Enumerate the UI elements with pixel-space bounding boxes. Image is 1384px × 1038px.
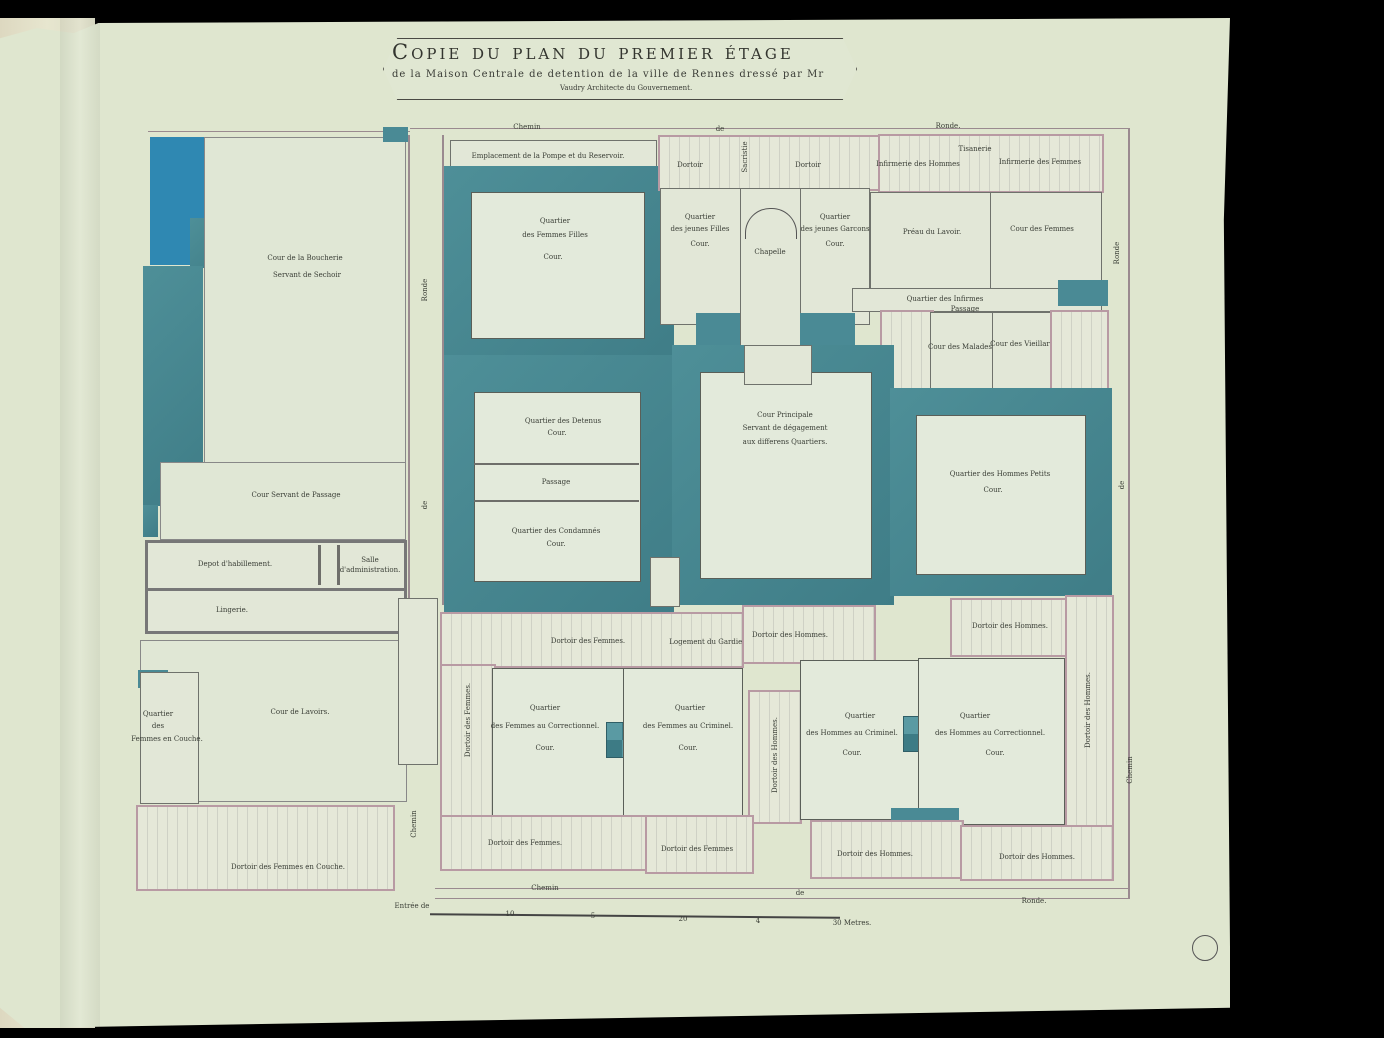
- scale-tick: 20: [679, 915, 688, 923]
- wall: [337, 545, 340, 585]
- wall: [474, 463, 639, 465]
- room-label: Quartier des Hommes Petits: [950, 470, 1051, 478]
- scale-tick: 10: [506, 910, 515, 918]
- chapel-vestibule: [744, 345, 812, 385]
- room-label: Sacristie: [741, 141, 749, 172]
- roof-corner: [383, 127, 408, 142]
- roof-wing: [143, 505, 158, 537]
- scale-tick: 5: [591, 912, 595, 920]
- plan-title: Copie du plan du premier étage: [392, 40, 794, 64]
- room-label: Servant de Sechoir: [273, 271, 341, 279]
- road-label: de: [421, 501, 429, 510]
- room-label: Cour.: [986, 749, 1005, 757]
- courtyard-boucherie: [204, 137, 406, 464]
- courtyard-preau: [870, 192, 992, 289]
- room-label: Quartier des Condamnés: [512, 527, 601, 535]
- room-label: des Femmes Filles: [522, 231, 588, 239]
- room-label: Quartier: [685, 213, 715, 221]
- room-label: Quartier des Detenus: [525, 417, 601, 425]
- room-label: Cour Servant de Passage: [251, 491, 340, 499]
- room-lingerie: [145, 588, 407, 634]
- room-label: des Hommes au Correctionnel.: [935, 729, 1045, 737]
- room-label: des Femmes au Criminel.: [643, 722, 733, 730]
- stair-tower: [650, 557, 680, 607]
- room-label: d'administration.: [340, 566, 401, 574]
- courtyard-hommes-correctionnel: [918, 658, 1065, 825]
- room-label: Dortoir des Hommes.: [972, 622, 1048, 630]
- room-label: Dortoir: [677, 161, 703, 169]
- room-label: des jeunes Garcons: [800, 225, 869, 233]
- room-label: Cour Principale: [757, 411, 813, 419]
- room-label: Dortoir des Femmes en Couche.: [231, 863, 345, 871]
- room-label: Depot d'habillement.: [198, 560, 272, 568]
- road-label: de: [796, 889, 805, 897]
- courtyard-femmes-correctionnel: [492, 668, 624, 818]
- room-label: Cour.: [544, 253, 563, 261]
- room-label: Cour des Vieillards: [990, 340, 1058, 348]
- room-label: Salle: [361, 556, 379, 564]
- room-label: Infirmerie des Femmes: [999, 158, 1081, 166]
- courtyard-malades: [930, 312, 994, 390]
- room-label: Cour.: [984, 486, 1003, 494]
- wall: [474, 500, 639, 502]
- room-label: Chapelle: [754, 248, 785, 256]
- room-label: Dortoir des Femmes: [661, 845, 733, 853]
- courtyard-filles: [471, 192, 645, 339]
- courtyard-principale: [700, 372, 872, 579]
- room-label: Cour de Lavoirs.: [271, 708, 330, 716]
- room-label: Quartier: [960, 712, 990, 720]
- road-label: Ronde.: [1022, 897, 1047, 905]
- room-label: Cour.: [826, 240, 845, 248]
- room-label: Quartier: [820, 213, 850, 221]
- room-label: Lingerie.: [216, 606, 248, 614]
- road-label: de: [716, 125, 725, 133]
- room-label: aux differens Quartiers.: [743, 438, 828, 446]
- room-label: Infirmerie des Hommes: [876, 160, 960, 168]
- room-label: Dortoir des Hommes.: [999, 853, 1075, 861]
- road-label: Ronde.: [936, 122, 961, 130]
- plan-author: Vaudry Architecte du Gouvernement.: [560, 84, 692, 92]
- room-label: Logement du Gardien: [669, 638, 747, 646]
- road-label: Ronde: [1113, 242, 1121, 265]
- room-label: Cour de la Boucherie: [267, 254, 342, 262]
- scale-label: 30 Metres.: [833, 919, 872, 927]
- room-label: Quartier: [143, 710, 173, 718]
- room-label: Cour.: [691, 240, 710, 248]
- courtyard-hommes-petits: [916, 415, 1086, 575]
- paper-crease: [60, 18, 100, 1028]
- wing-dortoir-couche: [136, 805, 395, 891]
- room-label: Dortoir des Hommes.: [837, 850, 913, 858]
- room-label: Cour des Femmes: [1010, 225, 1074, 233]
- room-label: Quartier: [675, 704, 705, 712]
- road-label: Chemin: [531, 884, 558, 892]
- courtyard-passage: [160, 462, 406, 540]
- room-label: Dortoir des Femmes.: [488, 839, 562, 847]
- room-label: Préau du Lavoir.: [903, 228, 961, 236]
- wing-stair: [1050, 310, 1109, 392]
- gatehouse: [398, 598, 438, 765]
- room-label: des Hommes au Criminel.: [806, 729, 898, 737]
- room-label: des jeunes Filles: [670, 225, 729, 233]
- roof-corner: [1058, 280, 1108, 306]
- room-label: Dortoir: [795, 161, 821, 169]
- courtyard-femmes-criminel: [623, 668, 743, 818]
- wall: [318, 545, 321, 585]
- room-label: Quartier des Infirmes: [907, 295, 984, 303]
- room-label: Cour.: [548, 429, 567, 437]
- room-label: Servant de dégagement: [743, 424, 828, 432]
- room-label: Cour.: [679, 744, 698, 752]
- road-label: Entrée de: [395, 902, 430, 910]
- courtyard-femmes: [990, 192, 1102, 289]
- road-label: de: [1118, 481, 1126, 490]
- plan-subtitle: de la Maison Centrale de detention de la…: [392, 69, 824, 80]
- archive-stamp: [1192, 935, 1218, 961]
- room-label: Dortoir des Femmes.: [551, 637, 625, 645]
- room-label: Dortoir des Hommes.: [752, 631, 828, 639]
- room-label: Cour des Malades: [928, 343, 992, 351]
- room-label: Passage: [542, 478, 571, 486]
- room-label: Dortoir des Hommes.: [1084, 672, 1092, 748]
- road-line: [148, 131, 410, 132]
- road-line: [408, 135, 410, 605]
- courtyard-jeunes-filles: [660, 188, 742, 325]
- room-label: des: [152, 722, 164, 730]
- room-label: Femmes en Couche.: [131, 735, 203, 743]
- room-label: Cour.: [536, 744, 555, 752]
- road-label: Chemin: [513, 123, 540, 131]
- road-label: Ronde: [421, 279, 429, 302]
- room-label: Dortoir des Femmes.: [464, 683, 472, 757]
- scale-tick: 4: [756, 917, 760, 925]
- room-label: Tisanerie: [958, 145, 991, 153]
- room-label: Quartier: [530, 704, 560, 712]
- road-label: Chemin: [1126, 756, 1134, 783]
- room-label: Cour.: [547, 540, 566, 548]
- room-label: des Femmes au Correctionnel.: [491, 722, 599, 730]
- room-label: Cour.: [843, 749, 862, 757]
- courtyard-hommes-criminel: [800, 660, 920, 820]
- road-label: Chemin: [410, 810, 418, 837]
- courtyard-vieillards: [992, 312, 1052, 390]
- room-label: Quartier: [845, 712, 875, 720]
- room-label: Quartier: [540, 217, 570, 225]
- room-label: Dortoir des Hommes.: [771, 717, 779, 793]
- room-label: Emplacement de la Pompe et du Reservoir.: [472, 152, 625, 160]
